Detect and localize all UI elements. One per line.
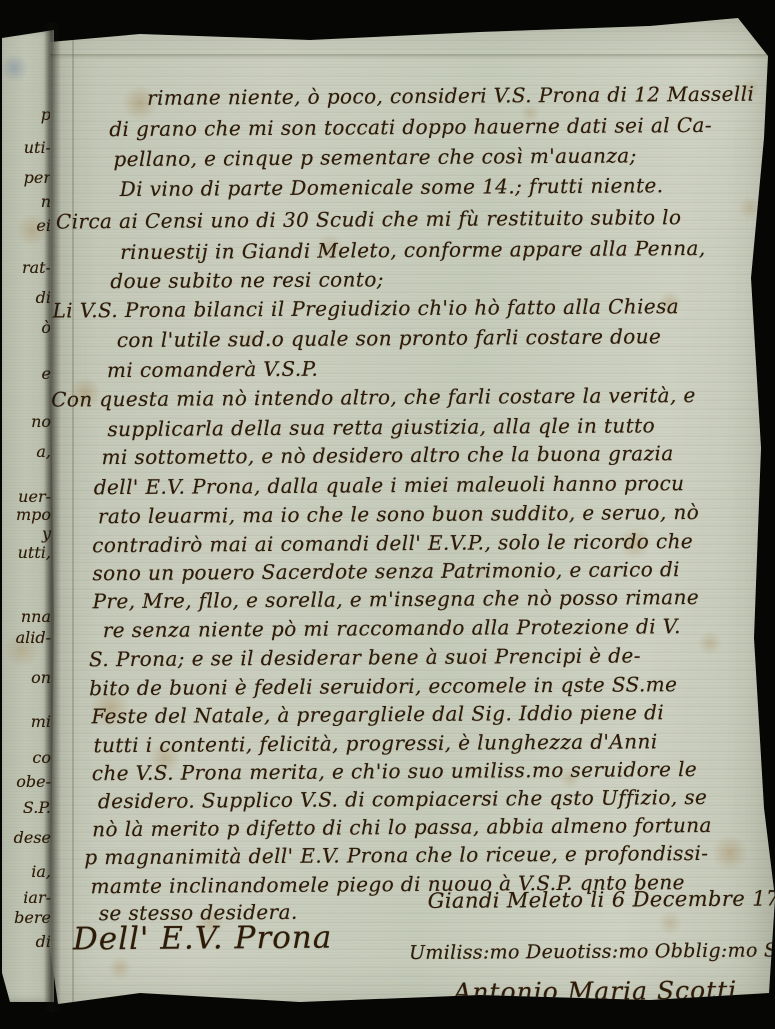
letter-line: che V.S. Prona merita, e ch'io suo umili…	[92, 757, 697, 785]
letter-line: mi sottometto, e nò desidero altro che l…	[102, 441, 674, 469]
manuscript-page: rimane niente, ò poco, consideri V.S. Pr…	[50, 18, 775, 1013]
closing-salutation: Dell' E.V. Prona	[73, 920, 333, 958]
letter-line: Li V.S. Prona bilanci il Pregiudizio ch'…	[52, 294, 679, 322]
letter-line: p magnanimità dell' E.V. Prona che lo ri…	[84, 841, 708, 869]
letter-line: di grano che mi son toccati doppo hauern…	[109, 113, 712, 141]
signature-name: Antonio Maria Scotti	[453, 976, 737, 1007]
letter-text: rimane niente, ò poco, consideri V.S. Pr…	[47, 15, 775, 1015]
letter-line: sono un pouero Sacerdote senza Patrimoni…	[92, 557, 680, 585]
letter-line: Circa ai Censi uno di 30 Scudi che mi fù…	[56, 205, 682, 233]
letter-line: bito de buoni è fedeli seruidori, eccome…	[89, 672, 677, 700]
letter-line: rato leuarmi, ma io che le sono buon sud…	[98, 500, 699, 528]
gutter-shadow	[44, 22, 61, 1012]
letter-line: supplicarla della sua retta giustizia, a…	[107, 413, 655, 441]
dateline: Giandi Meleto li 6 Decembre 1721	[428, 886, 775, 913]
letter-line: rinuestij in Giandi Meleto, conforme app…	[120, 236, 706, 264]
letter-line: rimane niente, ò poco, consideri V.S. Pr…	[147, 82, 754, 110]
signature-qualifiers: Umiliss:mo Deuotiss:mo Obblig:mo Seruo, …	[409, 939, 775, 964]
letter-line: Di vino di parte Domenicale some 14.; fr…	[120, 173, 664, 201]
letter-line: contradirò mai ai comandi dell' E.V.P., …	[92, 529, 693, 557]
letter-line: dell' E.V. Prona, dalla quale i miei mal…	[94, 471, 685, 499]
letter-line: doue subito ne resi conto;	[110, 267, 384, 293]
letter-line: Con questa mia nò intendo altro, che far…	[51, 383, 696, 411]
letter-line: S. Prona; e se il desiderar bene à suoi …	[89, 643, 641, 671]
letter-line: desidero. Supplico V.S. di compiacersi c…	[98, 785, 707, 813]
letter-line: pellano, e cinque p sementare che così m…	[113, 143, 636, 171]
letter-line: con l'utile sud.o quale son pronto farli…	[117, 324, 662, 352]
letter-line: re senza niente pò mi raccomando alla Pr…	[103, 614, 681, 642]
letter-line: nò là merito p difetto di chi lo passa, …	[92, 813, 712, 841]
letter-line: tutti i contenti, felicità, progressi, è…	[94, 729, 658, 757]
letter-line: mi comanderà V.S.P.	[107, 357, 318, 382]
scanned-manuscript: p uti- per n ei rat- di ò e no a, uer- m…	[0, 0, 775, 1029]
letter-line: Pre, Mre, fllo, e sorella, e m'insegna c…	[93, 585, 700, 613]
letter-line: Feste del Natale, à pregargliele dal Sig…	[91, 700, 664, 728]
